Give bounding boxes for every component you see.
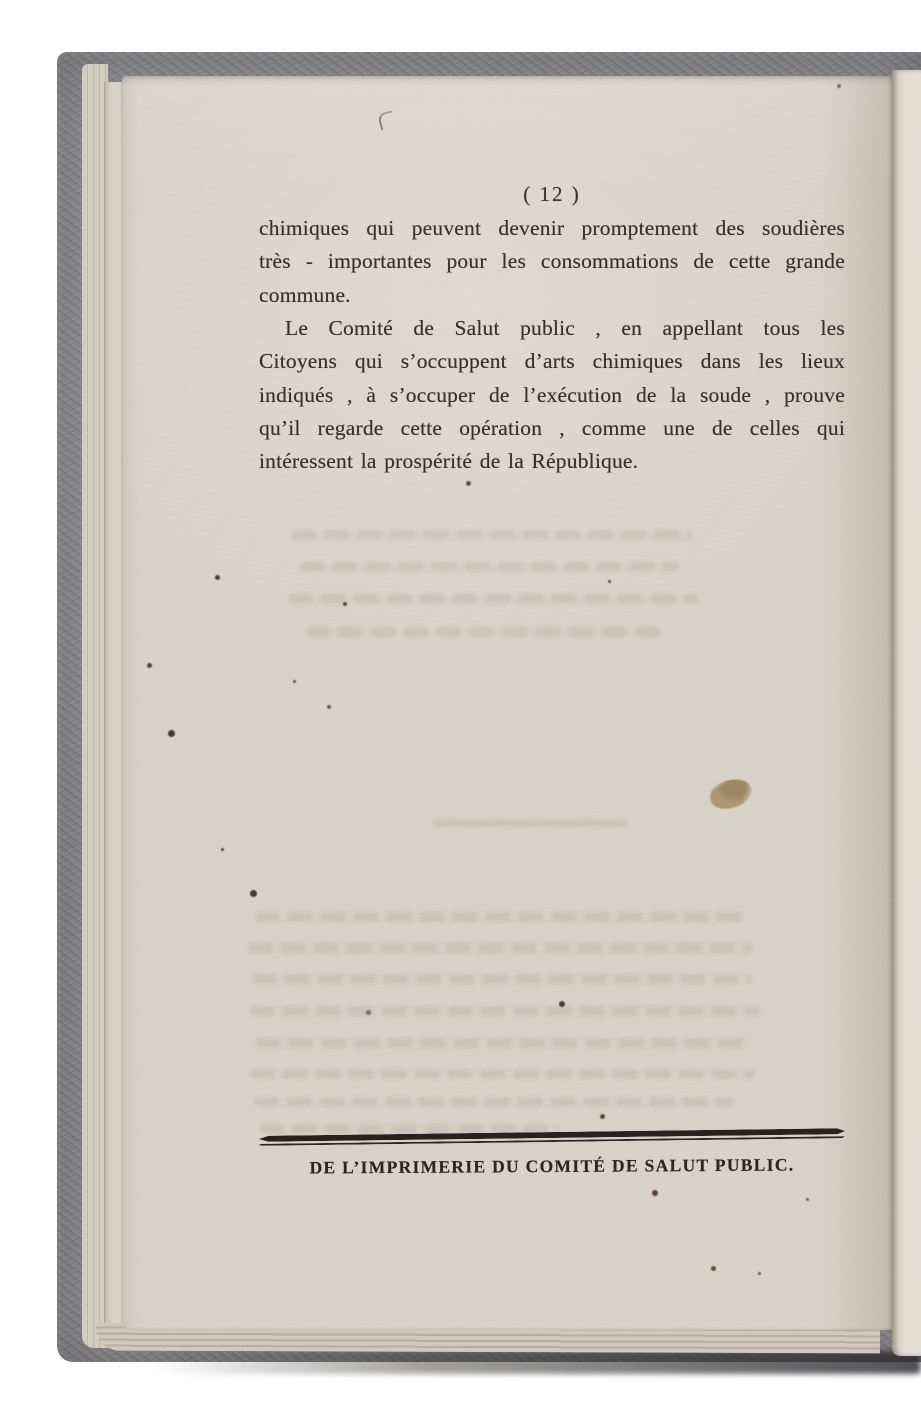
foxing-spot	[711, 1266, 716, 1271]
text-line: très - importantes pour les consommation…	[259, 245, 845, 278]
show-through-line	[256, 1038, 751, 1048]
show-through-line	[250, 1069, 755, 1079]
foxing-spot	[293, 680, 296, 683]
book-shadow	[150, 1351, 921, 1374]
imprint-line: DE L’IMPRIMERIE DU COMITÉ DE SALUT PUBLI…	[255, 1154, 849, 1184]
text-block: chimiques qui peuvent devenir promptemen…	[259, 212, 845, 479]
show-through-line	[288, 594, 698, 604]
text-line: intéressent la prospérité de la Républiq…	[259, 445, 845, 478]
show-through-line	[300, 562, 680, 572]
text-line: qu’il regarde cette opération , comme un…	[259, 412, 845, 445]
text-line: Citoyens qui s’occuppent d’arts chimique…	[259, 345, 845, 378]
foxing-spot	[600, 1114, 605, 1119]
foxing-spot	[327, 705, 331, 709]
foxing-spot	[250, 890, 257, 897]
text-line: indiqués , à s’occuper de l’exécution de…	[259, 379, 845, 412]
text-line: commune.	[259, 279, 845, 312]
foxing-spot	[758, 1272, 761, 1275]
show-through-line	[305, 627, 665, 637]
foxing-spot	[837, 84, 841, 88]
foxing-spot	[147, 663, 152, 668]
page-number: ( 12 )	[259, 182, 845, 210]
foxing-spot	[343, 602, 347, 606]
text-line: Le Comité de Salut public , en appellant…	[259, 312, 845, 345]
foxing-spot	[215, 575, 220, 580]
show-through-line	[248, 943, 753, 953]
show-through-line	[254, 1097, 734, 1107]
foxing-spot	[168, 730, 175, 737]
show-through-line	[255, 912, 745, 922]
foxing-spot	[652, 1190, 658, 1196]
show-through-line	[250, 1006, 760, 1016]
foxing-spot	[466, 481, 471, 486]
text-line: chimiques qui peuvent devenir promptemen…	[259, 212, 845, 245]
foxing-spot	[559, 1001, 565, 1007]
show-through-streak	[432, 820, 627, 827]
show-through-line	[292, 530, 692, 540]
foxing-spot	[806, 1198, 809, 1201]
facing-page-edge	[892, 70, 921, 1356]
show-through-line	[252, 974, 752, 984]
book-photo: ( 12 ) chimiques qui peuvent devenir pro…	[0, 0, 921, 1417]
foxing-spot	[608, 580, 611, 583]
foxing-spot	[366, 1010, 371, 1015]
foxing-spot	[221, 848, 224, 851]
